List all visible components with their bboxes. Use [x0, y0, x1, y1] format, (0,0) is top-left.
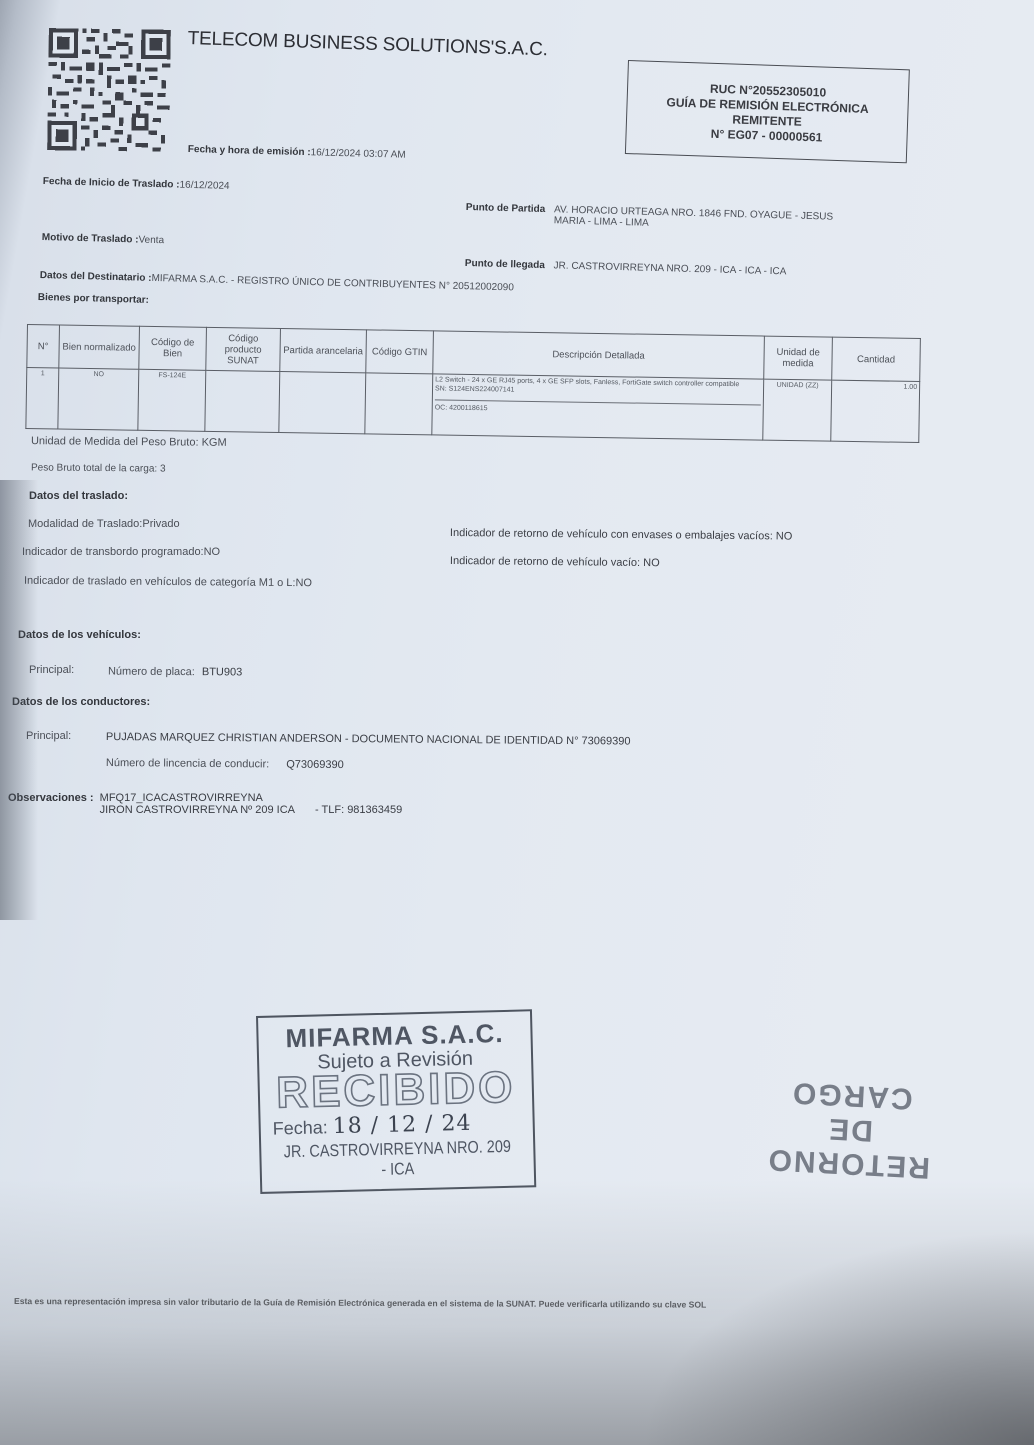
transfer-start-value: 16/12/2024: [179, 180, 229, 192]
plate-label: Número de placa:: [108, 666, 195, 679]
stamp-date-value: 18 / 12 / 24: [332, 1111, 471, 1139]
transshipment-indicator: Indicador de transbordo programado:NO: [22, 546, 220, 558]
recipient-value: MIFARMA S.A.C. - REGISTRO ÚNICO DE CONTR…: [151, 273, 514, 293]
observations-label: Observaciones :: [8, 792, 94, 804]
cell-unit: UNIDAD (ZZ): [763, 379, 832, 441]
stamp-date-label: Fecha:: [273, 1117, 329, 1138]
destination-value: JR. CASTROVIRREYNA NRO. 209 - ICA - ICA …: [553, 260, 786, 277]
col-header-quantity: Cantidad: [832, 337, 921, 381]
col-header-gtin: Código GTIN: [366, 330, 434, 374]
driver-principal-label: Principal:: [26, 730, 71, 742]
cell-code: FS-124E: [138, 369, 206, 431]
origin-label: Punto de Partida: [466, 202, 546, 215]
license-value: Q73069390: [286, 759, 344, 772]
col-header-tariff: Partida arancelaria: [280, 328, 367, 372]
document-page: TELECOM BUSINESS SOLUTIONS'S.A.C. RUC N°…: [0, 0, 1034, 1445]
weight-unit-label: Unidad de Medida del Peso Bruto:: [31, 435, 199, 448]
drivers-heading: Datos de los conductores:: [12, 696, 150, 708]
cell-n: 1: [26, 368, 59, 429]
destination-point: Punto de llegada JR. CASTROVIRREYNA NRO.…: [465, 258, 787, 277]
transfer-reason-value: Venta: [138, 235, 164, 247]
plate-value: BTU903: [202, 666, 242, 678]
emission-date-label: Fecha y hora de emisión :: [188, 144, 311, 158]
vehicle-plate: Número de placa: BTU903: [108, 666, 242, 679]
driver-identity: PUJADAS MARQUEZ CHRISTIAN ANDERSON - DOC…: [106, 731, 631, 748]
bottom-shadow: [0, 1180, 1034, 1445]
cell-description: L2 Switch - 24 x GE RJ45 ports, 4 x GE S…: [432, 374, 764, 440]
cell-tariff: [279, 371, 366, 433]
recipient-data: Datos del Destinatario :MIFARMA S.A.C. -…: [40, 270, 514, 293]
stamp-status: RECIBIDO: [259, 1065, 532, 1116]
col-header-sunat-code: Código producto SUNAT: [206, 327, 281, 371]
transfer-modality: Modalidad de Traslado:Privado: [28, 518, 180, 530]
vehicles-heading: Datos de los vehículos:: [18, 629, 141, 641]
ruc-box: RUC N°20552305010 GUÍA DE REMISIÓN ELECT…: [625, 60, 910, 163]
cell-gtin: [365, 373, 433, 435]
weight-unit: Unidad de Medida del Peso Bruto: KGM: [31, 435, 227, 449]
weight-total: Peso Bruto total de la carga: 3: [31, 462, 166, 474]
received-stamp: MIFARMA S.A.C. Sujeto a Revisión RECIBID…: [256, 1009, 536, 1194]
stamp-date: Fecha: 18 / 12 / 24: [260, 1109, 533, 1141]
emission-date-value: 16/12/2024 03:07 AM: [310, 147, 405, 160]
vehicle-principal-label: Principal:: [29, 664, 74, 676]
return-stamp-line-1: RETORNO DE: [740, 1106, 958, 1185]
goods-heading: Bienes por transportar:: [38, 292, 149, 306]
observations-line-1: MFQ17_ICACASTROVIRREYNA: [100, 792, 403, 804]
destination-label: Punto de llegada: [465, 258, 545, 271]
driver-license: Número de lincencia de conducir: Q730693…: [106, 757, 344, 771]
return-cargo-stamp: RETORNO DE CARGO: [740, 1094, 959, 1185]
table-row: 1 NO FS-124E L2 Switch - 24 x GE RJ45 po…: [26, 368, 920, 443]
weight-total-label: Peso Bruto total de la carga:: [31, 462, 157, 474]
qr-code-icon: [47, 25, 171, 155]
corner-shadow: [640, 1230, 1034, 1445]
observations-address: JIRON CASTROVIRREYNA Nº 209 ICA: [100, 804, 295, 816]
transfer-reason: Motivo de Traslado :Venta: [42, 232, 165, 246]
recipient-label: Datos del Destinatario :: [40, 270, 152, 284]
observations: Observaciones : MFQ17_ICACASTROVIRREYNA …: [8, 792, 402, 816]
weight-unit-value: KGM: [202, 437, 227, 449]
return-packaging-indicator: Indicador de retorno de vehículo con env…: [450, 527, 793, 543]
col-header-normalized: Bien normalizado: [59, 325, 140, 369]
transfer-reason-label: Motivo de Traslado :: [42, 232, 139, 246]
cell-quantity: 1.00: [831, 380, 920, 442]
transfer-start-label: Fecha de Inicio de Traslado :: [43, 176, 180, 191]
return-empty-indicator: Indicador de retorno de vehículo vacío: …: [450, 555, 660, 569]
observations-line-2: JIRON CASTROVIRREYNA Nº 209 ICA- TLF: 98…: [100, 804, 403, 816]
cell-sunat-code: [205, 370, 280, 432]
weight-total-value: 3: [160, 464, 166, 475]
company-name: TELECOM BUSINESS SOLUTIONS'S.A.C.: [187, 28, 548, 61]
goods-table: N° Bien normalizado Código de Bien Códig…: [25, 324, 921, 443]
stamp-address: JR. CASTROVIRREYNA NRO. 209 - ICA: [281, 1137, 513, 1183]
transfer-start: Fecha de Inicio de Traslado :16/12/2024: [43, 176, 230, 192]
transfer-data-heading: Datos del traslado:: [29, 490, 128, 502]
emission-date: Fecha y hora de emisión :16/12/2024 03:0…: [188, 144, 406, 161]
cell-normalized: NO: [58, 368, 139, 430]
origin-point: Punto de Partida AV. HORACIO URTEAGA NRO…: [465, 202, 833, 234]
purchase-order: OC: 4200118615: [435, 399, 761, 417]
col-header-unit: Unidad de medida: [764, 336, 833, 380]
col-header-code: Código de Bien: [139, 326, 207, 370]
observations-phone: - TLF: 981363459: [315, 804, 402, 816]
col-header-n: N°: [27, 325, 60, 368]
license-label: Número de lincencia de conducir:: [106, 757, 269, 770]
legal-disclaimer: Esta es una representación impresa sin v…: [14, 1296, 706, 1310]
col-header-description: Descripción Detallada: [433, 331, 765, 379]
m1-category-indicator: Indicador de traslado en vehículos de ca…: [24, 575, 312, 590]
